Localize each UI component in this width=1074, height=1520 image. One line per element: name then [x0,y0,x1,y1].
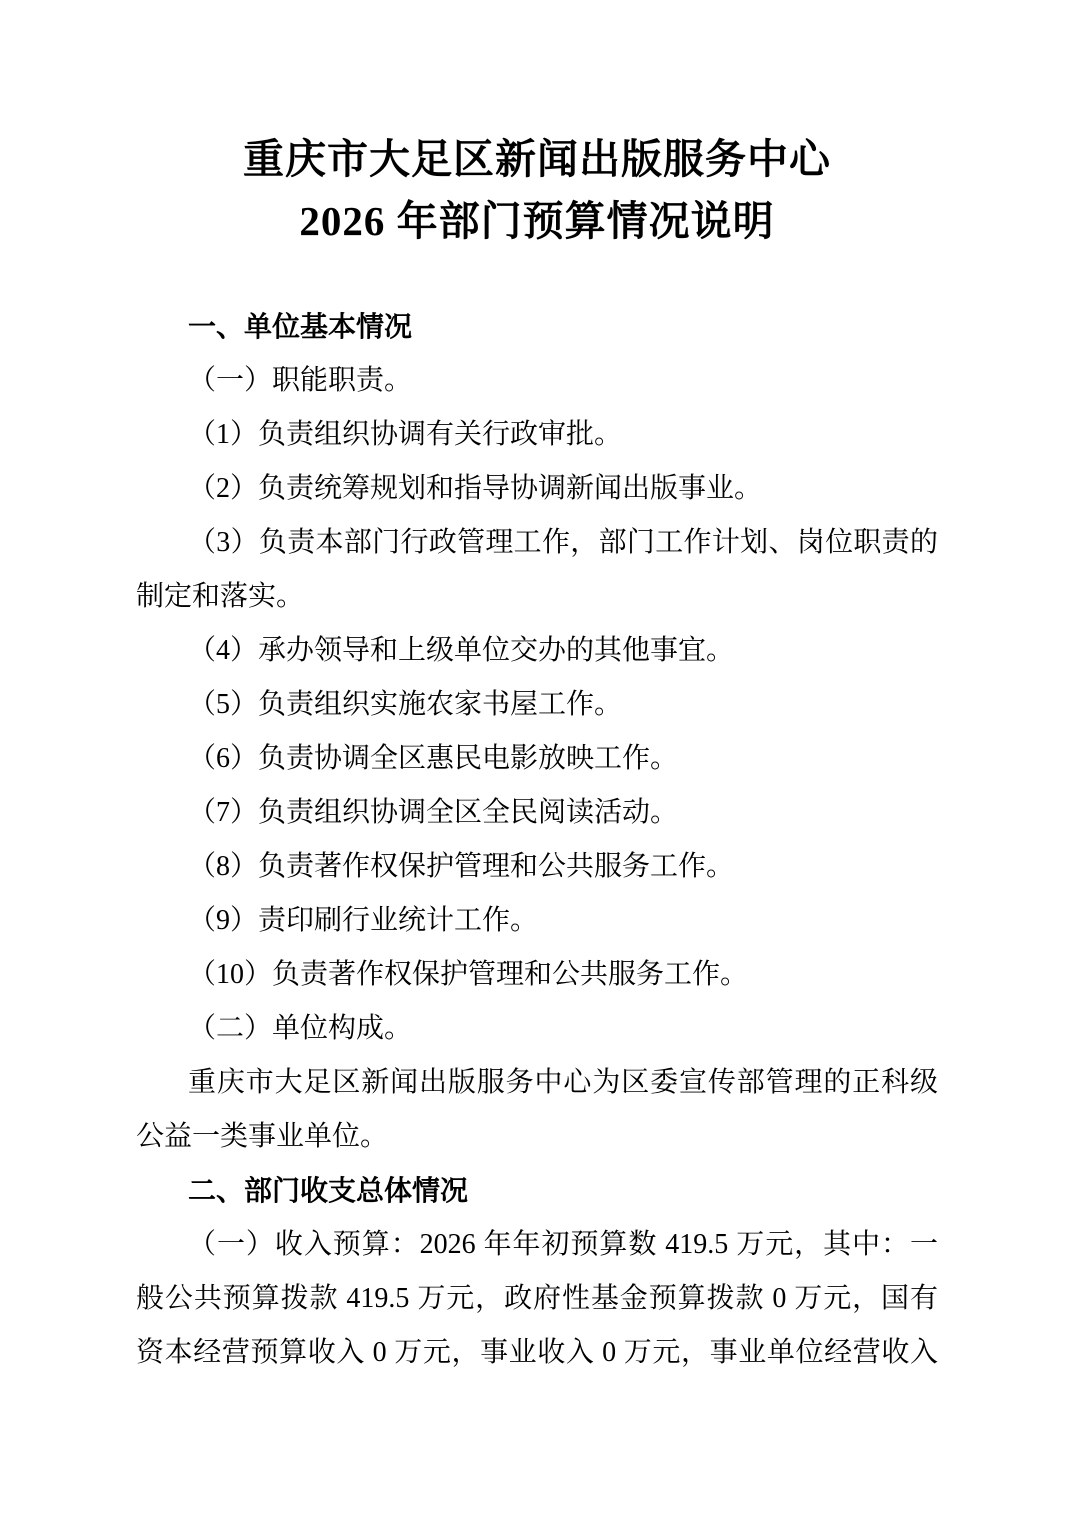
paragraph-line: （10）负责著作权保护管理和公共服务工作。 [136,948,938,1002]
paragraph-line: （3）负责本部门行政管理工作，部门工作计划、岗位职责的 [136,516,938,570]
paragraph-line: 公益一类事业单位。 [136,1110,938,1164]
paragraph-line: 资本经营预算收入 0 万元，事业收入 0 万元，事业单位经营收入 [136,1326,938,1380]
paragraph-line: （7）负责组织协调全区全民阅读活动。 [136,786,938,840]
paragraph-line: （一）收入预算：2026 年年初预算数 419.5 万元，其中：一 [136,1218,938,1272]
title-line-1: 重庆市大足区新闻出版服务中心 [136,128,938,190]
paragraph: （3）负责本部门行政管理工作，部门工作计划、岗位职责的制定和落实。 [136,516,938,624]
document-body: 一、单位基本情况（一）职能职责。（1）负责组织协调有关行政审批。（2）负责统筹规… [136,300,938,1380]
paragraph: （一）收入预算：2026 年年初预算数 419.5 万元，其中：一般公共预算拨款… [136,1218,938,1380]
paragraph-line: 般公共预算拨款 419.5 万元，政府性基金预算拨款 0 万元，国有 [136,1272,938,1326]
document-title: 重庆市大足区新闻出版服务中心 2026 年部门预算情况说明 [136,0,938,252]
paragraph: （7）负责组织协调全区全民阅读活动。 [136,786,938,840]
paragraph: （8）负责著作权保护管理和公共服务工作。 [136,840,938,894]
paragraph-line: （6）负责协调全区惠民电影放映工作。 [136,732,938,786]
paragraph-line: （9）责印刷行业统计工作。 [136,894,938,948]
title-line-2: 2026 年部门预算情况说明 [136,190,938,252]
document-page: 重庆市大足区新闻出版服务中心 2026 年部门预算情况说明 一、单位基本情况（一… [0,0,1074,1520]
paragraph-line: （一）职能职责。 [136,354,938,408]
paragraph: （4）承办领导和上级单位交办的其他事宜。 [136,624,938,678]
section-heading: 二、部门收支总体情况 [136,1164,938,1218]
paragraph-line: （5）负责组织实施农家书屋工作。 [136,678,938,732]
paragraph: （9）责印刷行业统计工作。 [136,894,938,948]
paragraph: （5）负责组织实施农家书屋工作。 [136,678,938,732]
paragraph: （二）单位构成。 [136,1002,938,1056]
paragraph-line: （1）负责组织协调有关行政审批。 [136,408,938,462]
paragraph-line: （8）负责著作权保护管理和公共服务工作。 [136,840,938,894]
paragraph: （10）负责著作权保护管理和公共服务工作。 [136,948,938,1002]
paragraph: （6）负责协调全区惠民电影放映工作。 [136,732,938,786]
paragraph-line: （2）负责统筹规划和指导协调新闻出版事业。 [136,462,938,516]
document-content: 重庆市大足区新闻出版服务中心 2026 年部门预算情况说明 一、单位基本情况（一… [136,0,938,1380]
paragraph-line: （4）承办领导和上级单位交办的其他事宜。 [136,624,938,678]
paragraph-line: 重庆市大足区新闻出版服务中心为区委宣传部管理的正科级 [136,1056,938,1110]
paragraph: 重庆市大足区新闻出版服务中心为区委宣传部管理的正科级公益一类事业单位。 [136,1056,938,1164]
paragraph-line: （二）单位构成。 [136,1002,938,1056]
paragraph-line: 制定和落实。 [136,570,938,624]
paragraph: （一）职能职责。 [136,354,938,408]
paragraph: （2）负责统筹规划和指导协调新闻出版事业。 [136,462,938,516]
section-heading: 一、单位基本情况 [136,300,938,354]
paragraph: （1）负责组织协调有关行政审批。 [136,408,938,462]
